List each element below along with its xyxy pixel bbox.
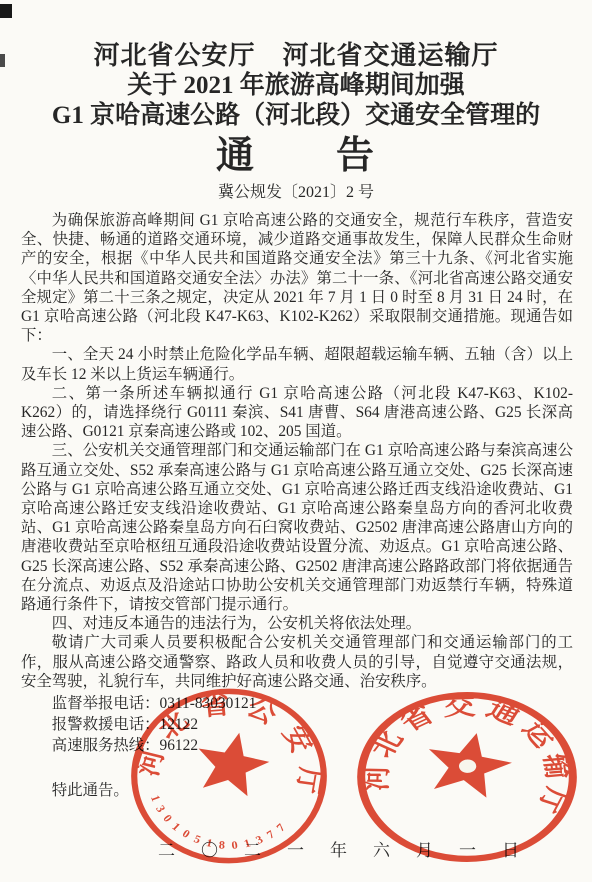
transport-department-seal: 河北省交通运输厅 — [352, 688, 582, 866]
document-number: 冀公规发〔2021〕2 号 — [0, 182, 592, 203]
body-paragraph-item2: 二、第一条所述车辆拟通行 G1 京哈高速公路（河北段 K47-K63、K102-… — [21, 384, 573, 442]
scan-corner-artifact — [0, 4, 12, 18]
body-paragraph-intro: 为确保旅游高峰期间 G1 京哈高速公路的交通安全，规范行车秩序，营造安全、快捷、… — [21, 211, 573, 345]
body-paragraph-item1: 一、全天 24 小时禁止危险化学品车辆、超限超载运输车辆、五轴（含）以上及车长 … — [21, 345, 573, 383]
official-notice-document: 河北省公安厅 河北省交通运输厅 关于 2021 年旅游高峰期间加强 G1 京哈高… — [0, 0, 592, 882]
notice-subject-line1: 关于 2021 年旅游高峰期间加强 — [0, 71, 592, 101]
notice-header: 河北省公安厅 河北省交通运输厅 关于 2021 年旅游高峰期间加强 G1 京哈高… — [0, 0, 592, 203]
body-paragraph-item4: 四、对违反本通告的违法行为，公安机关将依法处理。 — [21, 614, 573, 633]
body-paragraph-appeal: 敬请广大司乘人员要积极配合公安机关交通管理部门和交通运输部门的工作，服从高速公路… — [21, 633, 573, 691]
star-icon — [190, 726, 275, 799]
public-security-seal: 河北省公安厅 1301051801377 — [126, 684, 332, 868]
scan-edge-artifact — [0, 54, 5, 67]
notice-body: 为确保旅游高峰期间 G1 京哈高速公路的交通安全，规范行车秩序，营造安全、快捷、… — [21, 211, 573, 691]
notice-subject-line2: G1 京哈高速公路（河北段）交通安全管理的 — [0, 101, 592, 131]
body-paragraph-item3: 三、公安机关交通管理部门和交通运输部门在 G1 京哈高速公路与秦滨高速公路互通立… — [21, 441, 573, 614]
issuing-departments: 河北省公安厅 河北省交通运输厅 — [0, 40, 592, 71]
notice-title: 通 告 — [0, 133, 592, 179]
